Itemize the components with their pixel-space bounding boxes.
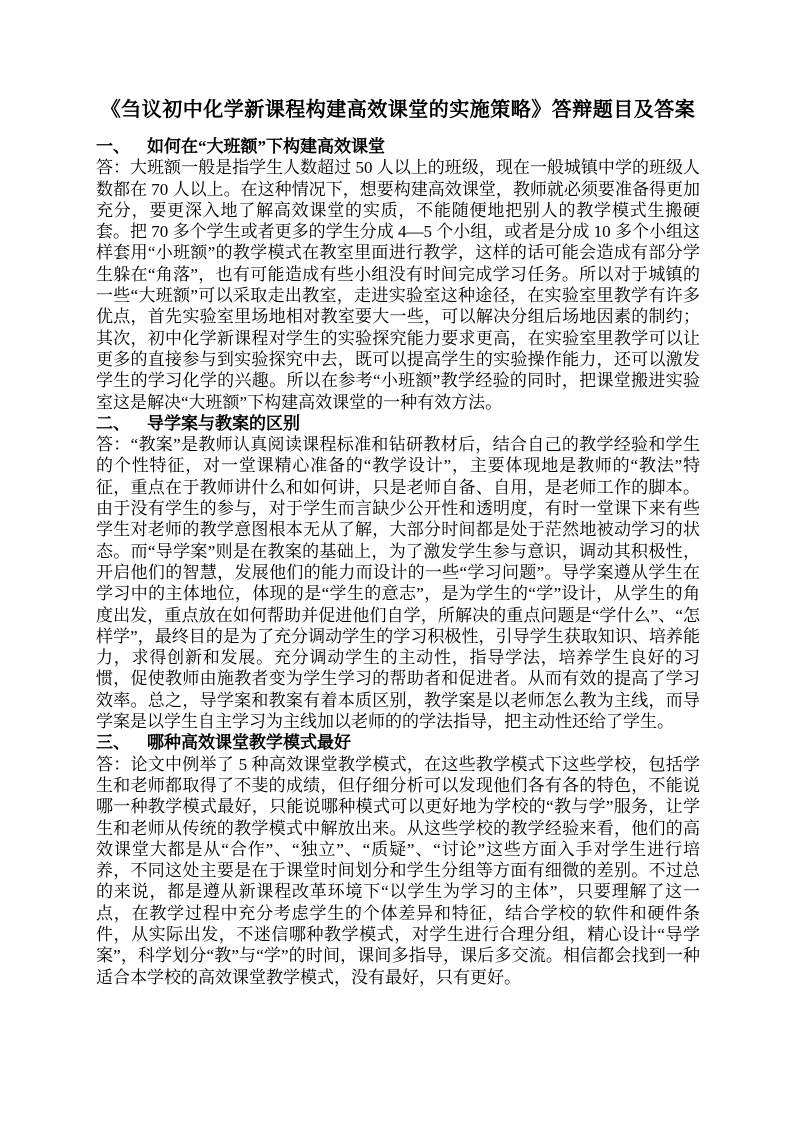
section-3-number: 三、 xyxy=(96,732,130,753)
section-3-title: 哪种高效课堂教学模式最好 xyxy=(147,732,351,753)
document-title: 《刍议初中化学新课程构建高效课堂的实施策略》答辩题目及答案 xyxy=(96,97,700,124)
section-2-title: 导学案与教案的区别 xyxy=(147,413,300,434)
document-page: 《刍议初中化学新课程构建高效课堂的实施策略》答辩题目及答案 一、 如何在“大班额… xyxy=(0,0,793,1122)
section-2-heading: 二、 导学案与教案的区别 xyxy=(96,413,700,434)
section-3-heading: 三、 哪种高效课堂教学模式最好 xyxy=(96,732,700,753)
section-1: 一、 如何在“大班额”下构建高效课堂 答：大班额一般是指学生人数超过 50 人以… xyxy=(96,136,700,413)
section-1-title: 如何在“大班额”下构建高效课堂 xyxy=(147,136,385,157)
section-3: 三、 哪种高效课堂教学模式最好 答：论文中例举了 5 种高效课堂教学模式，在这些… xyxy=(96,732,700,988)
section-2-number: 二、 xyxy=(96,413,130,434)
section-3-answer: 答：论文中例举了 5 种高效课堂教学模式，在这些教学模式下这些学校，包括学生和老… xyxy=(96,754,700,988)
section-1-answer: 答：大班额一般是指学生人数超过 50 人以上的班级，现在一般城镇中学的班级人数都… xyxy=(96,157,700,413)
section-1-heading: 一、 如何在“大班额”下构建高效课堂 xyxy=(96,136,700,157)
section-2: 二、 导学案与教案的区别 答：“教案”是教师认真阅读课程标准和钻研教材后，结合自… xyxy=(96,413,700,732)
section-2-answer: 答：“教案”是教师认真阅读课程标准和钻研教材后，结合自己的教学经验和学生的个性特… xyxy=(96,434,700,732)
section-1-number: 一、 xyxy=(96,136,130,157)
